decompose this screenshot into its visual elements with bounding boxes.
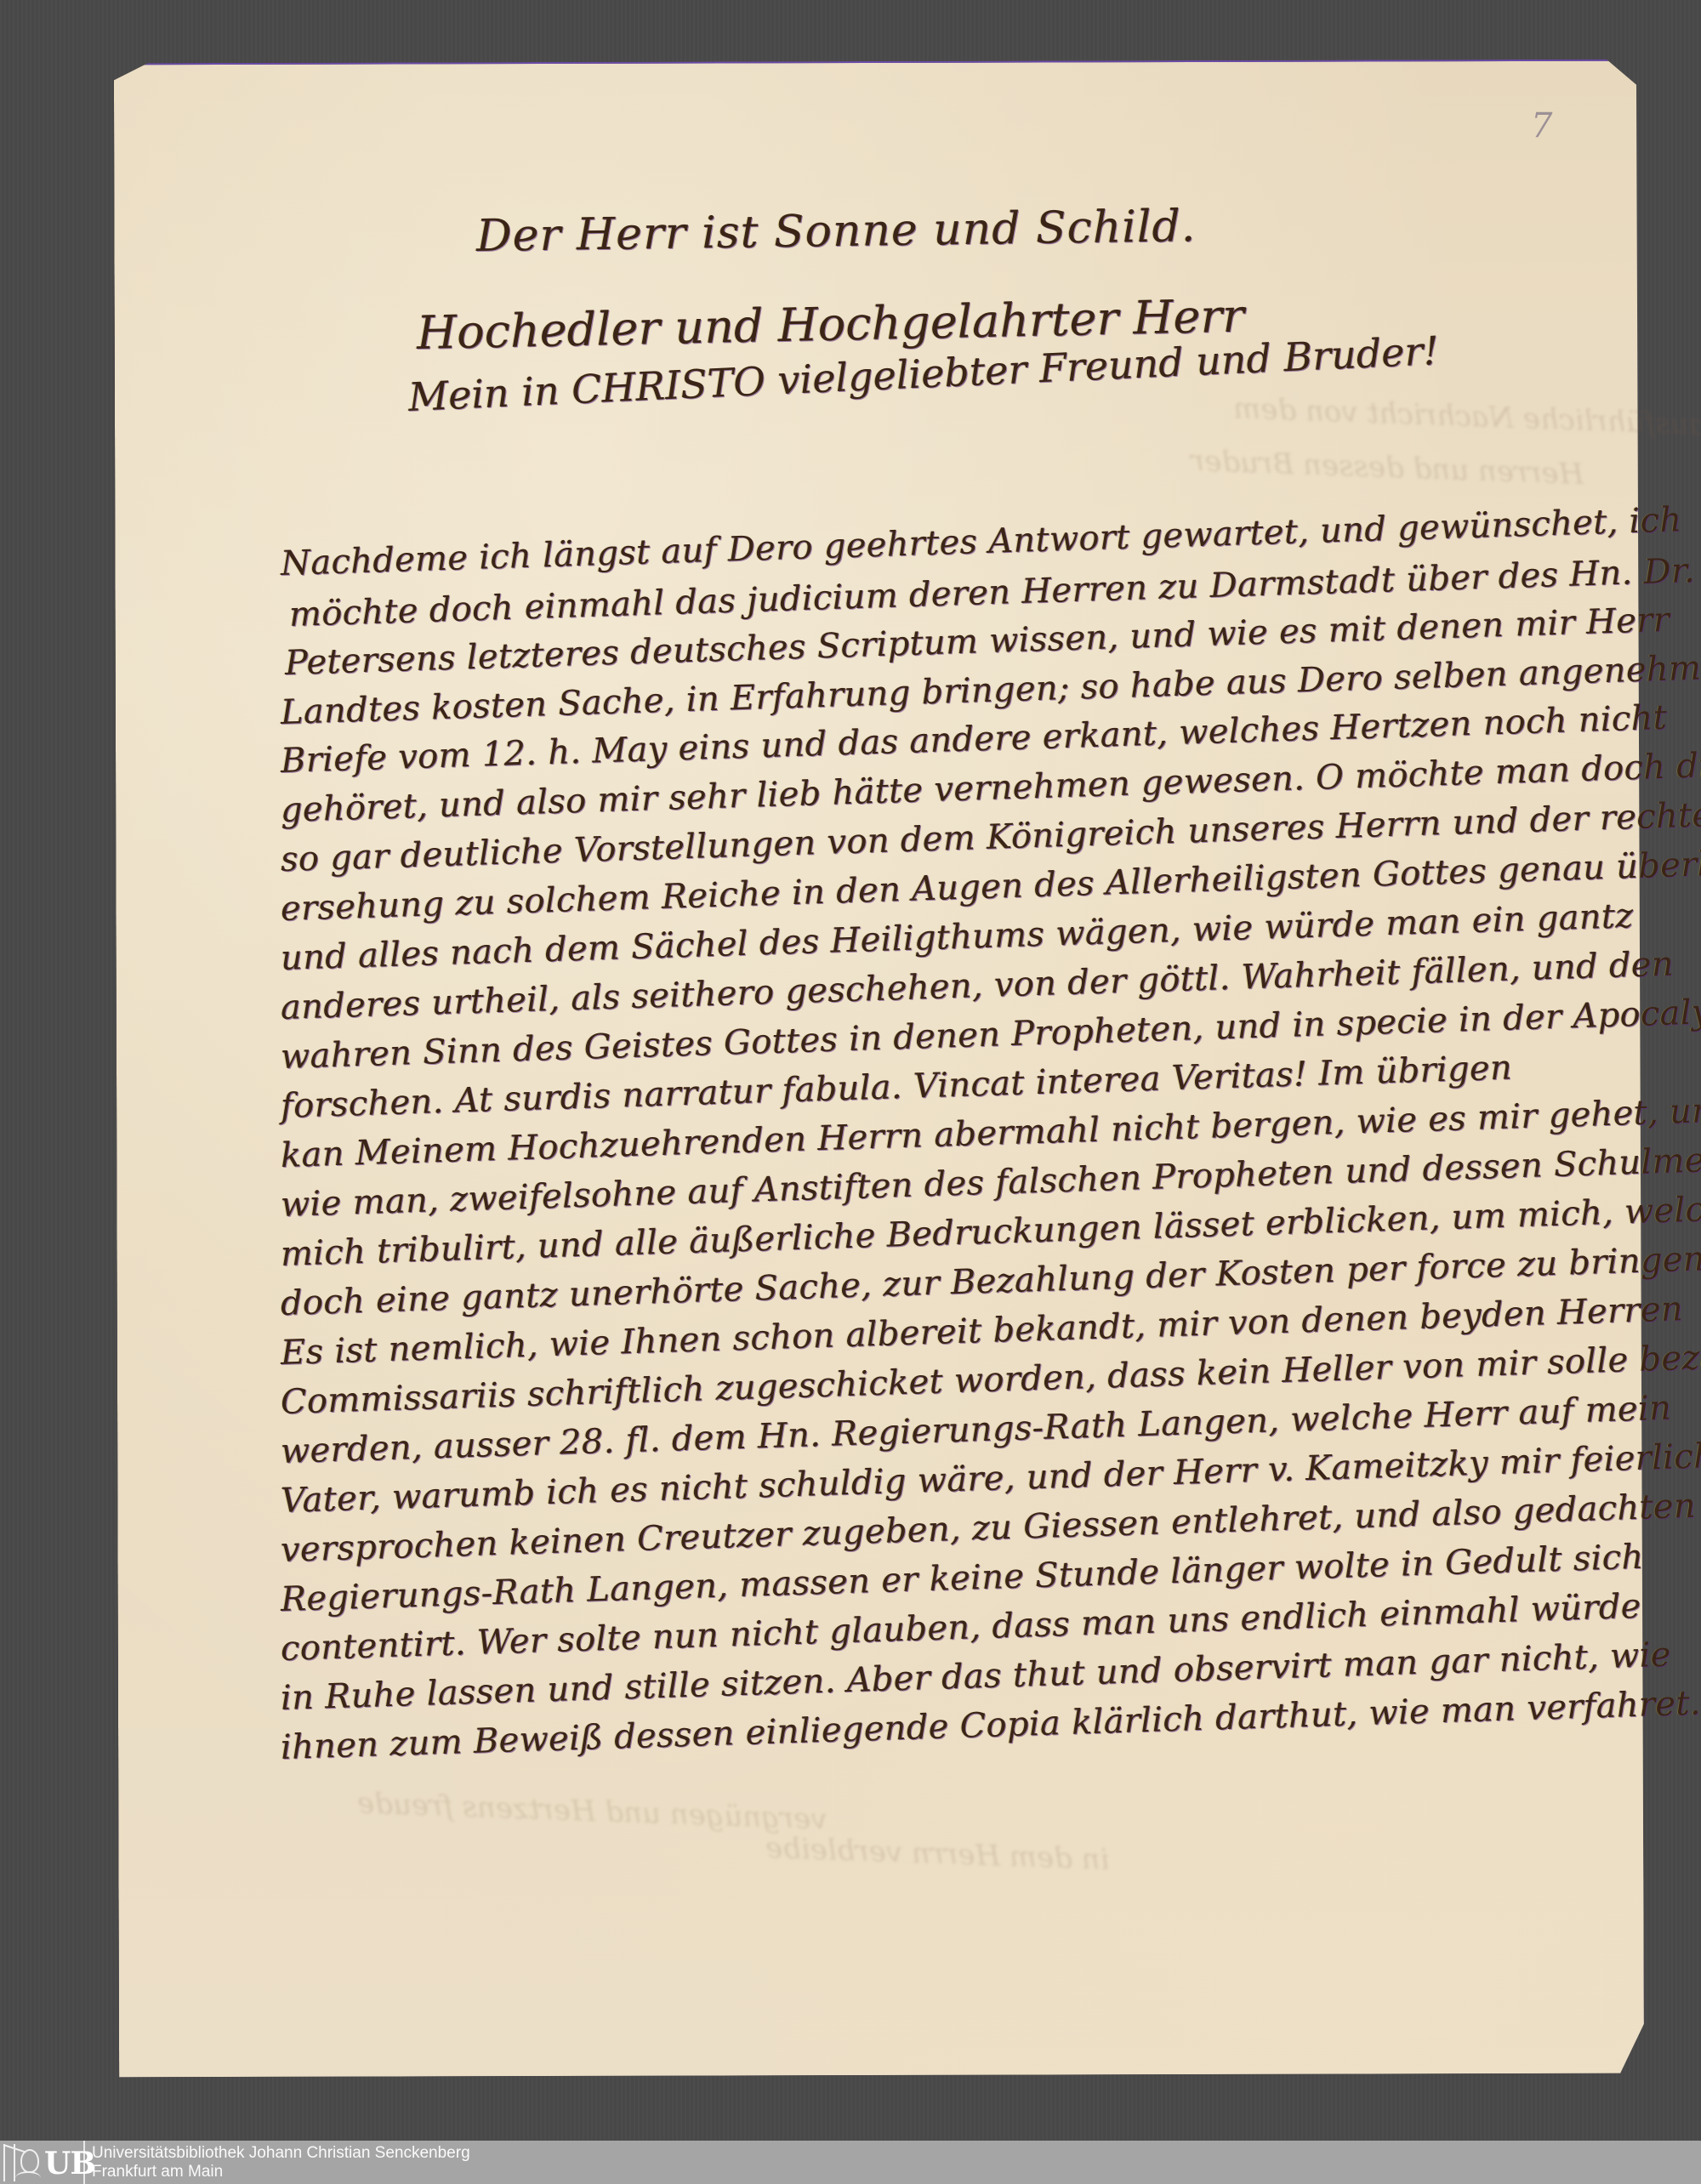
folio-number: 7 [1531, 106, 1552, 145]
institution-city: Frankfurt am Main [92, 2163, 470, 2181]
institution-name: Universitätsbibliothek Johann Christian … [92, 2144, 470, 2163]
library-footer-banner: UB Universitätsbibliothek Johann Christi… [0, 2141, 1701, 2184]
logo-text: UB [44, 2146, 95, 2181]
letter-motto: Der Herr ist Sonne und Schild. [476, 201, 1197, 262]
ub-library-logo-icon: UB [0, 2141, 85, 2184]
footer-text: Universitätsbibliothek Johann Christian … [92, 2144, 470, 2181]
